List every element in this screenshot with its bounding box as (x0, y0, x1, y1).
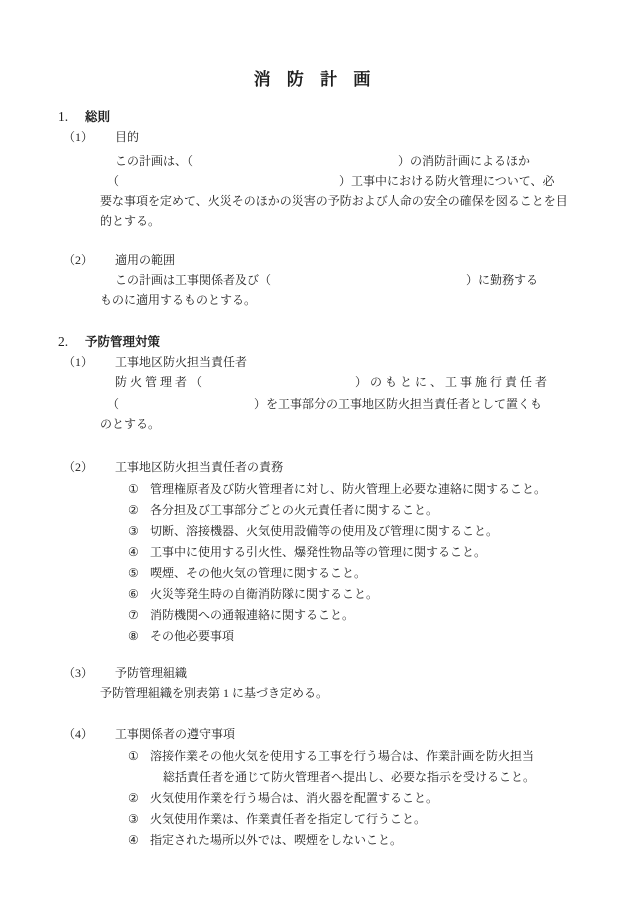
fire-manager-line-1-post: ）のもとに、工事施行責任者 (355, 375, 550, 389)
circled-number-3: ③ (128, 809, 150, 830)
purpose-line-1-post: ）の消防計画によるほか (398, 154, 530, 168)
fire-manager-line-1-pre: 防火管理者（ (115, 375, 205, 389)
compliance-text-4: 指定された場所以外では、喫煙をしないこと。 (150, 833, 402, 847)
list-item: ④工事中に使用する引火性、爆発性物品等の管理に関すること。 (0, 542, 630, 563)
list-item: ⑧その他必要事項 (0, 626, 630, 647)
list-item: ⑤喫煙、その他火気の管理に関すること。 (0, 563, 630, 584)
document-title: 消 防 計 画 (0, 70, 630, 90)
duty-text-4: 工事中に使用する引火性、爆発性物品等の管理に関すること。 (150, 545, 486, 559)
list-item: ①溶接作業その他火気を使用する工事を行う場合は、作業計画を防火担当 (0, 746, 630, 767)
purpose-line-1-pre: この計画は、（ (115, 154, 193, 168)
fire-manager-line-2-pre: （ (107, 397, 119, 411)
organization-line-1: 予防管理組織を別表第 1 に基づき定める。 (0, 683, 630, 703)
circled-number-1: ① (128, 746, 150, 767)
purpose-line-1: この計画は、（）の消防計画によるほか (0, 151, 630, 171)
duty-text-1: 管理権原者及び防火管理者に対し、防火管理上必要な連絡に関すること。 (150, 482, 546, 496)
subsection-2-3-heading: （3）予防管理組織 (0, 663, 630, 683)
subsection-2-3-title: 予防管理組織 (115, 666, 187, 680)
duty-text-7: 消防機関への通報連絡に関すること。 (150, 608, 354, 622)
purpose-line-2-post: ）工事中における防火管理について、必 (339, 174, 555, 188)
duty-text-2: 各分担及び工事部分ごとの火元責任者に関すること。 (150, 503, 438, 517)
section-1-heading: 1.総則 (0, 107, 630, 127)
fire-manager-line-3: のとする。 (0, 414, 630, 434)
subsection-2-2-title: 工事地区防火担当責任者の責務 (115, 460, 283, 474)
section-1-label: 総則 (85, 110, 110, 124)
fire-prevention-plan-document: 消 防 計 画 1.総則 （1）目的 この計画は、（）の消防計画によるほか （）… (0, 0, 630, 903)
blank-field-fire-manager (205, 385, 355, 386)
subsection-1-1-number: （1） (63, 127, 115, 147)
fire-manager-line-1: 防火管理者（）のもとに、工事施行責任者 (0, 372, 630, 392)
fire-manager-line-2-post: ）を工事部分の工事地区防火担当責任者として置くも (254, 397, 542, 411)
circled-number-4: ④ (128, 542, 150, 563)
compliance-text-3: 火気使用作業は、作業責任者を指定して行うこと。 (150, 812, 426, 826)
list-item: ③火気使用作業は、作業責任者を指定して行うこと。 (0, 809, 630, 830)
section-2-heading: 2.予防管理対策 (0, 332, 630, 352)
purpose-line-2-pre: （ (107, 174, 119, 188)
list-item: ③切断、溶接機器、火気使用設備等の使用及び管理に関すること。 (0, 521, 630, 542)
list-item: ⑦消防機関への通報連絡に関すること。 (0, 605, 630, 626)
section-1-number: 1. (58, 107, 85, 127)
list-item: ②火気使用作業を行う場合は、消火器を配置すること。 (0, 788, 630, 809)
subsection-2-4-heading: （4）工事関係者の遵守事項 (0, 724, 630, 744)
circled-number-7: ⑦ (128, 605, 150, 626)
purpose-line-4: 的とする。 (0, 211, 630, 231)
blank-field-construction-name (119, 184, 339, 185)
circled-number-3: ③ (128, 521, 150, 542)
subsection-2-4-number: （4） (63, 724, 115, 744)
subsection-1-1-heading: （1）目的 (0, 127, 630, 147)
subsection-2-1-number: （1） (63, 352, 115, 372)
list-item: ⑥火災等発生時の自衛消防隊に関すること。 (0, 584, 630, 605)
circled-number-8: ⑧ (128, 626, 150, 647)
scope-line-2: ものに適用するものとする。 (0, 290, 630, 310)
compliance-list: ①溶接作業その他火気を使用する工事を行う場合は、作業計画を防火担当 総括責任者を… (0, 746, 630, 851)
blank-field-responsible-person (119, 407, 254, 408)
subsection-2-1-title: 工事地区防火担当責任者 (115, 355, 247, 369)
purpose-line-2: （）工事中における防火管理について、必 (0, 171, 630, 191)
circled-number-6: ⑥ (128, 584, 150, 605)
list-item: ②各分担及び工事部分ごとの火元責任者に関すること。 (0, 500, 630, 521)
subsection-1-2-heading: （2）適用の範囲 (0, 250, 630, 270)
subsection-2-2-number: （2） (63, 457, 115, 477)
subsection-2-4-title: 工事関係者の遵守事項 (115, 727, 235, 741)
duty-text-3: 切断、溶接機器、火気使用設備等の使用及び管理に関すること。 (150, 524, 498, 538)
duties-list: ①管理権原者及び防火管理者に対し、防火管理上必要な連絡に関すること。 ②各分担及… (0, 479, 630, 647)
subsection-1-1-title: 目的 (115, 130, 139, 144)
section-2-label: 予防管理対策 (85, 335, 160, 349)
duty-text-6: 火災等発生時の自衛消防隊に関すること。 (150, 587, 378, 601)
section-2-number: 2. (58, 332, 85, 352)
subsection-1-2-number: （2） (63, 250, 115, 270)
subsection-2-2-heading: （2）工事地区防火担当責任者の責務 (0, 457, 630, 477)
compliance-text-2: 火気使用作業を行う場合は、消火器を配置すること。 (150, 791, 438, 805)
blank-field-workplace (271, 283, 466, 284)
subsection-1-2-title: 適用の範囲 (115, 253, 175, 267)
duty-text-8: その他必要事項 (150, 629, 234, 643)
circled-number-2: ② (128, 500, 150, 521)
scope-line-1-pre: この計画は工事関係者及び（ (115, 273, 271, 287)
scope-line-1-post: ）に勤務する (466, 273, 538, 287)
circled-number-2: ② (128, 788, 150, 809)
purpose-line-3: 要な事項を定めて、火災そのほかの災害の予防および人命の安全の確保を図ることを目 (0, 191, 630, 211)
list-item: ④指定された場所以外では、喫煙をしないこと。 (0, 830, 630, 851)
compliance-text-1: 溶接作業その他火気を使用する工事を行う場合は、作業計画を防火担当 (150, 749, 534, 763)
circled-number-1: ① (128, 479, 150, 500)
duty-text-5: 喫煙、その他火気の管理に関すること。 (150, 566, 366, 580)
fire-manager-line-2: （）を工事部分の工事地区防火担当責任者として置くも (0, 394, 630, 414)
blank-field-plan-name (193, 164, 398, 165)
circled-number-5: ⑤ (128, 563, 150, 584)
scope-line-1: この計画は工事関係者及び（）に勤務する (0, 270, 630, 290)
subsection-2-3-number: （3） (63, 663, 115, 683)
list-item-continuation: 総括責任者を通じて防火管理者へ提出し、必要な指示を受けること。 (0, 767, 630, 788)
subsection-2-1-heading: （1）工事地区防火担当責任者 (0, 352, 630, 372)
circled-number-4: ④ (128, 830, 150, 851)
list-item: ①管理権原者及び防火管理者に対し、防火管理上必要な連絡に関すること。 (0, 479, 630, 500)
